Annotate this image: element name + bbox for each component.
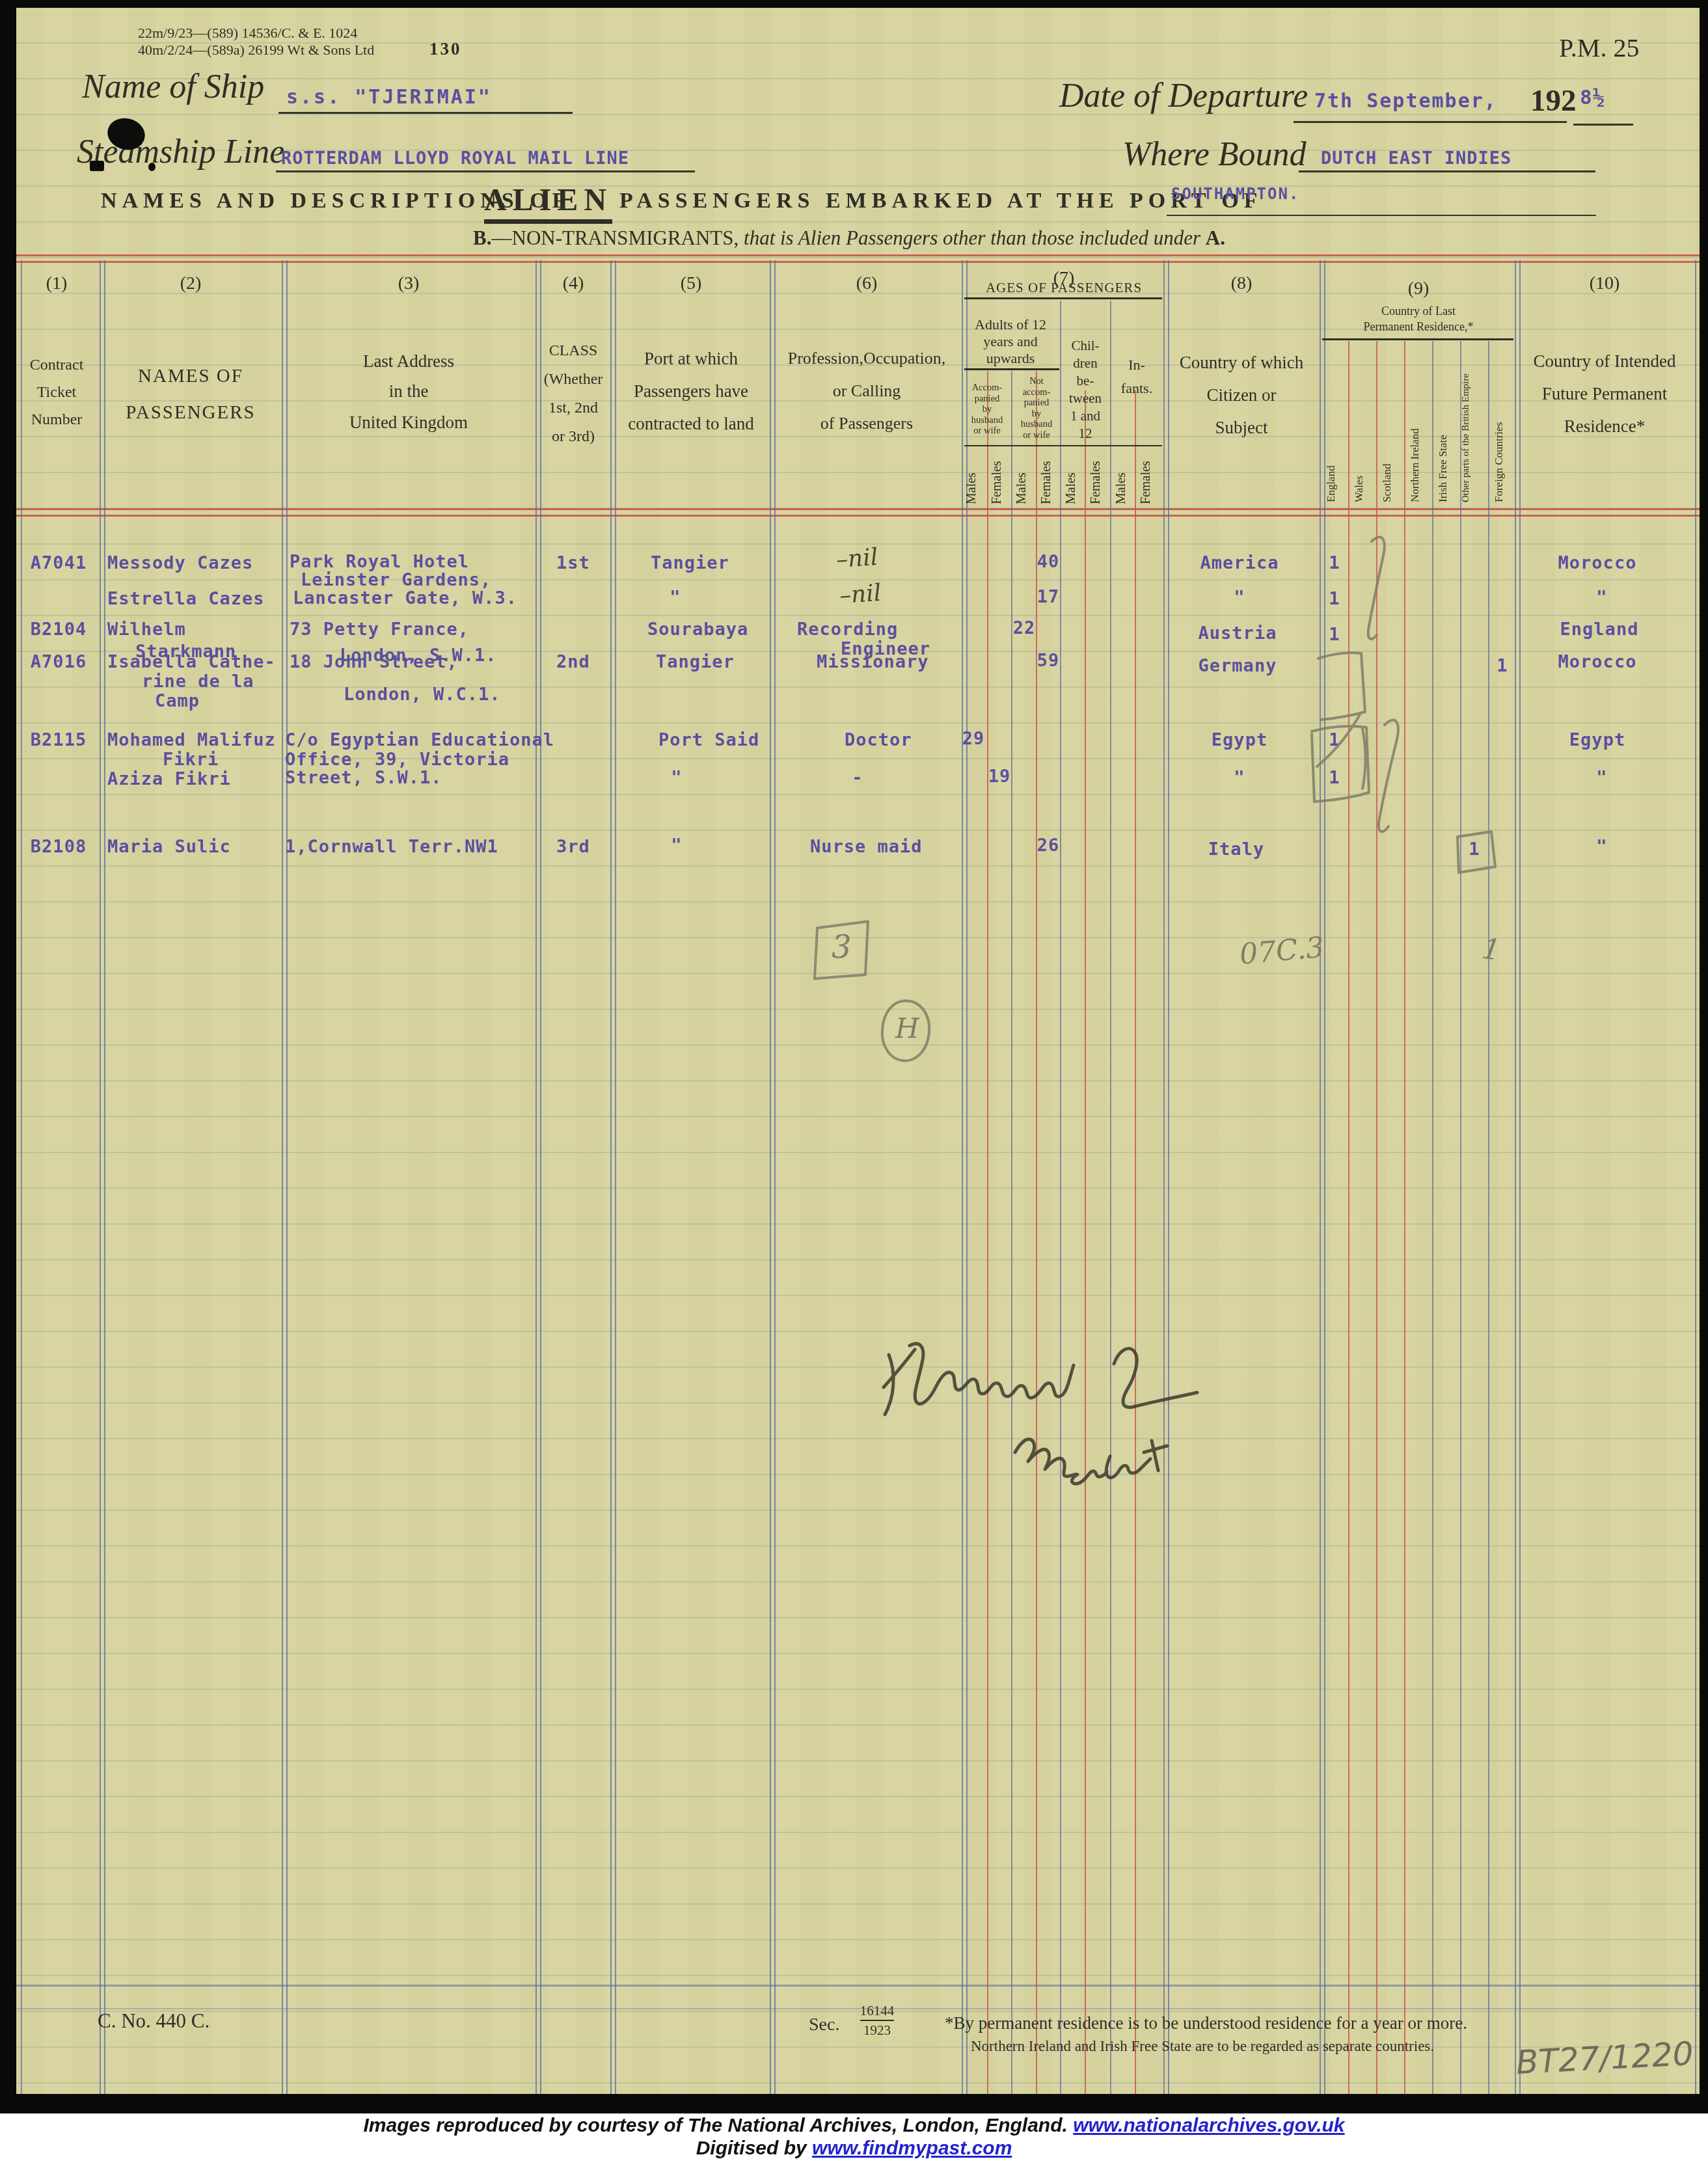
grid-line bbox=[282, 260, 288, 2094]
profession-cell: Missionary bbox=[817, 652, 929, 672]
citizen-cell: Egypt bbox=[1212, 730, 1267, 750]
col2-header: NAMES OF bbox=[138, 366, 243, 387]
grid-line bbox=[1460, 341, 1461, 2094]
subtitle: B.—NON-TRANSMIGRANTS, that is Alien Pass… bbox=[473, 226, 1225, 250]
ages-adults: Adults of 12 bbox=[975, 316, 1046, 333]
ticket-cell: B2108 bbox=[31, 837, 87, 857]
age-cell: 22 bbox=[1013, 618, 1036, 638]
port-cell: " bbox=[671, 768, 682, 788]
col9-northern-ireland: Northern Ireland bbox=[1409, 351, 1421, 502]
profession-cell: Recording bbox=[797, 619, 898, 640]
future-residence-cell: Morocco bbox=[1558, 553, 1637, 573]
address-cell: 1,Cornwall Terr.NW1 bbox=[285, 837, 498, 857]
name-cell: Messody Cazes bbox=[107, 553, 253, 573]
address-cell: Lancaster Gate, W.3. bbox=[293, 588, 517, 608]
scan-border-top bbox=[0, 0, 1708, 8]
col-number-3: (3) bbox=[398, 273, 420, 294]
col8-header: Country of which bbox=[1180, 353, 1303, 373]
sec-denominator: 1923 bbox=[863, 2022, 891, 2039]
scan-border-bottom bbox=[0, 2094, 1708, 2113]
col4-header: or 3rd) bbox=[552, 428, 595, 446]
footnote-line1: *By permanent residence is to be underst… bbox=[945, 2013, 1467, 2033]
grid-line bbox=[14, 1985, 1700, 1987]
col4-header: (Whether bbox=[544, 371, 603, 388]
age-cell: 19 bbox=[988, 767, 1011, 787]
year-printed: 192 bbox=[1530, 83, 1577, 118]
caption-digitised-text: Digitised by bbox=[696, 2138, 812, 2159]
pencil-circled-letter: H bbox=[895, 1012, 919, 1044]
subtitle-caps: —NON-TRANSMIGRANTS, bbox=[492, 226, 739, 249]
caption-credit-text: Images reproduced by courtesy of The Nat… bbox=[363, 2115, 1073, 2136]
ticket-cell: B2104 bbox=[31, 619, 87, 640]
ticket-cell: A7041 bbox=[31, 553, 87, 573]
address-cell: 18 John Street, bbox=[290, 652, 458, 672]
future-residence-cell: Morocco bbox=[1558, 652, 1637, 672]
col9-irish-free-state: Irish Free State bbox=[1437, 351, 1449, 502]
col9-england: England bbox=[1325, 351, 1337, 502]
name-cell: rine de la bbox=[142, 672, 254, 692]
grid-line bbox=[1488, 341, 1489, 2094]
col6-header: or Calling bbox=[833, 381, 901, 401]
address-cell: Park Royal Hotel bbox=[290, 552, 469, 572]
citizen-cell: " bbox=[1234, 588, 1245, 608]
rule-line bbox=[276, 170, 695, 172]
grid-line bbox=[21, 260, 22, 2094]
grid-line bbox=[100, 260, 105, 2094]
ink-mark bbox=[90, 161, 104, 171]
port-cell: " bbox=[670, 588, 681, 608]
age-cell: 17 bbox=[1037, 587, 1060, 607]
findmypast-link[interactable]: www.findmypast.com bbox=[812, 2138, 1012, 2159]
subtitle-a: A. bbox=[1206, 226, 1225, 249]
rule-line bbox=[1573, 124, 1633, 126]
caption-strip: Images reproduced by courtesy of The Nat… bbox=[0, 2113, 1708, 2159]
grid-line bbox=[1432, 341, 1433, 2094]
caption-line1: Images reproduced by courtesy of The Nat… bbox=[0, 2115, 1708, 2137]
future-residence-cell: " bbox=[1596, 768, 1607, 788]
residence-mark: 1 bbox=[1329, 768, 1340, 788]
col8-header: Citizen or bbox=[1206, 385, 1276, 405]
print-code-number: 130 bbox=[429, 39, 462, 59]
port-cell: Port Said bbox=[658, 730, 759, 750]
males-label: Males bbox=[1115, 368, 1128, 504]
ages-adults: upwards bbox=[986, 350, 1035, 367]
sec-numerator: 16144 bbox=[860, 2003, 895, 2019]
females-label: Females bbox=[1089, 368, 1103, 504]
ship-name-value: s.s. "TJERIMAI" bbox=[286, 86, 492, 109]
citizen-cell: Germany bbox=[1199, 656, 1277, 676]
grid-line bbox=[1060, 301, 1061, 2094]
citizen-cell: America bbox=[1200, 553, 1279, 573]
address-cell: 73 Petty France, bbox=[290, 619, 469, 640]
grid-line bbox=[14, 508, 1700, 517]
form-code: C. No. 440 C. bbox=[98, 2009, 210, 2033]
ages-adults: years and bbox=[983, 333, 1038, 350]
page-title-alien: ALIEN bbox=[484, 182, 612, 224]
col3-header: United Kingdom bbox=[349, 413, 468, 433]
males-label: Males bbox=[1064, 368, 1078, 504]
col-number-6: (6) bbox=[856, 273, 878, 294]
females-label: Females bbox=[1040, 368, 1053, 504]
grid-line bbox=[987, 371, 988, 2094]
residence-mark: 1 bbox=[1329, 553, 1340, 573]
where-bound-label: Where Bound bbox=[1122, 135, 1307, 174]
ink-mark bbox=[148, 163, 156, 171]
port-cell: Sourabaya bbox=[647, 619, 748, 640]
grid-line bbox=[1135, 390, 1136, 2094]
grid-line bbox=[1320, 260, 1325, 2094]
address-cell: Street, S.W.1. bbox=[285, 768, 442, 788]
col6-header: of Passengers bbox=[820, 414, 913, 433]
col9-scotland: Scotland bbox=[1381, 351, 1393, 502]
grid-line bbox=[1036, 371, 1037, 2094]
col1-header: Contract bbox=[30, 357, 84, 374]
col4-header: CLASS bbox=[549, 342, 598, 360]
departure-date-label: Date of Departure bbox=[1059, 77, 1308, 115]
grid-line bbox=[1348, 341, 1349, 2094]
year-typed: 8½ bbox=[1580, 86, 1605, 109]
grid-line bbox=[1322, 338, 1513, 340]
col-number-1: (1) bbox=[46, 273, 68, 294]
ticket-cell: A7016 bbox=[31, 652, 87, 672]
port-cell: Tangier bbox=[656, 652, 735, 672]
pencil-boxed-number: 3 bbox=[832, 929, 852, 966]
profession-cell: - bbox=[852, 768, 863, 788]
profession-cell-handwritten: –nil bbox=[835, 544, 879, 573]
future-residence-cell: Egypt bbox=[1569, 730, 1625, 750]
name-cell: Isabella Cathe- bbox=[107, 652, 276, 672]
residence-mark: 1 bbox=[1329, 589, 1340, 609]
ship-name-label: Name of Ship bbox=[82, 68, 264, 106]
col9-other-empire: Other parts of the British Empire bbox=[1461, 351, 1489, 502]
citizen-cell: " bbox=[1234, 768, 1245, 788]
males-label: Males bbox=[965, 368, 979, 504]
port-cell: " bbox=[671, 835, 682, 856]
col5-header: contracted to land bbox=[628, 414, 753, 434]
name-cell: Wilhelm bbox=[107, 619, 186, 640]
future-residence-cell: England bbox=[1560, 619, 1639, 640]
col5-header: Port at which bbox=[644, 349, 738, 369]
age-cell: 29 bbox=[962, 729, 985, 749]
grid-line bbox=[610, 260, 616, 2094]
age-cell: 40 bbox=[1037, 552, 1060, 572]
subtitle-italic: that is Alien Passengers other than thos… bbox=[739, 226, 1206, 249]
class-cell: 3rd bbox=[556, 837, 590, 857]
residence-mark: 1 bbox=[1329, 625, 1340, 645]
ages-title: AGES OF PASSENGERS bbox=[986, 280, 1142, 296]
port-cell: Tangier bbox=[651, 553, 729, 573]
col8-header: Subject bbox=[1215, 418, 1268, 438]
col1-header: Number bbox=[31, 411, 83, 429]
grid-line bbox=[770, 260, 776, 2094]
print-code-line2: 40m/2/24—(589a) 26199 Wt & Sons Ltd bbox=[138, 42, 374, 59]
sec-label: Sec. bbox=[809, 2015, 839, 2035]
rule-line bbox=[1299, 170, 1595, 172]
col4-header: 1st, 2nd bbox=[549, 400, 598, 417]
col-number-8: (8) bbox=[1231, 273, 1253, 294]
females-label: Females bbox=[1139, 368, 1153, 504]
col10-header: Country of Intended bbox=[1534, 351, 1676, 372]
profession-cell: Nurse maid bbox=[810, 837, 923, 857]
grid-line bbox=[1404, 341, 1405, 2094]
ticket-cell: B2115 bbox=[31, 730, 87, 750]
scan-border-right bbox=[1700, 0, 1708, 2113]
rule-line bbox=[1167, 215, 1596, 216]
name-cell: Aziza Fikri bbox=[107, 769, 231, 789]
females-label: Females bbox=[990, 368, 1004, 504]
address-cell: Office, 39, Victoria bbox=[285, 750, 509, 770]
grid-line bbox=[1163, 260, 1169, 2094]
scan-border-left bbox=[0, 0, 16, 2113]
citizen-cell: Italy bbox=[1208, 839, 1264, 860]
where-bound-value: DUTCH EAST INDIES bbox=[1321, 148, 1511, 169]
col5-header: Passengers have bbox=[634, 381, 748, 401]
port-value: SOUTHAMPTON. bbox=[1171, 185, 1299, 203]
name-cell: Camp bbox=[155, 691, 200, 711]
col-number-9: (9) bbox=[1408, 278, 1430, 299]
departure-date-value: 7th September, bbox=[1314, 90, 1497, 113]
col-number-5: (5) bbox=[681, 273, 702, 294]
address-cell: London, W.C.1. bbox=[344, 685, 501, 705]
steamship-line-value: ROTTERDAM LLOYD ROYAL MAIL LINE bbox=[281, 148, 629, 169]
class-cell: 1st bbox=[556, 553, 590, 573]
grid-line bbox=[1376, 341, 1377, 2094]
name-cell: Fikri bbox=[163, 750, 219, 770]
col3-header: Last Address bbox=[363, 351, 454, 372]
fraction-bar bbox=[860, 2020, 894, 2021]
steamship-line-label: Steamship Line bbox=[77, 133, 284, 171]
form-number: P.M. 25 bbox=[1559, 33, 1639, 63]
grid-line bbox=[14, 254, 1700, 263]
national-archives-link[interactable]: www.nationalarchives.gov.uk bbox=[1073, 2115, 1344, 2136]
grid-line bbox=[1085, 390, 1086, 2094]
grid-line bbox=[1110, 301, 1111, 2094]
name-cell: Estrella Cazes bbox=[107, 589, 265, 609]
class-cell: 2nd bbox=[556, 652, 590, 672]
rule-line bbox=[1294, 121, 1567, 123]
residence-mark: 1 bbox=[1469, 839, 1480, 860]
future-residence-cell: " bbox=[1596, 588, 1607, 608]
col6-header: Profession,Occupation, bbox=[788, 349, 946, 368]
col9-wales: Wales bbox=[1353, 351, 1365, 502]
grid-line bbox=[962, 260, 968, 2094]
citizen-cell: Austria bbox=[1199, 623, 1277, 644]
footnote-line2: Northern Ireland and Irish Free State ar… bbox=[971, 2038, 1434, 2055]
col9-title: Country of Last bbox=[1381, 305, 1456, 318]
rule-line bbox=[278, 112, 573, 114]
col10-header: Residence* bbox=[1564, 416, 1645, 437]
residence-mark: 1 bbox=[1329, 730, 1340, 750]
age-cell: 59 bbox=[1037, 651, 1060, 671]
profession-cell: Doctor bbox=[845, 730, 912, 750]
name-cell: Maria Sulic bbox=[107, 837, 231, 857]
col-number-2: (2) bbox=[180, 273, 202, 294]
address-cell: Leinster Gardens, bbox=[301, 570, 491, 590]
grid-line bbox=[964, 297, 1162, 299]
grid-line bbox=[1515, 260, 1521, 2094]
future-residence-cell: " bbox=[1596, 837, 1607, 857]
print-code-line1: 22m/9/23—(589) 14536/C. & E. 1024 bbox=[138, 25, 357, 42]
grid-line bbox=[14, 2008, 1700, 2009]
residence-mark: 1 bbox=[1497, 656, 1508, 676]
col-number-10: (10) bbox=[1590, 273, 1620, 294]
age-cell: 26 bbox=[1037, 835, 1060, 856]
col3-header: in the bbox=[389, 381, 429, 401]
col2-header: PASSENGERS bbox=[126, 402, 255, 424]
name-cell: Mohamed Malifuz bbox=[107, 730, 276, 750]
address-cell: C/o Egyptian Educational bbox=[285, 730, 554, 750]
scanned-manifest-page: 22m/9/23—(589) 14536/C. & E. 1024 40m/2/… bbox=[0, 0, 1708, 2159]
profession-cell-handwritten: –nil bbox=[839, 580, 882, 609]
col10-header: Future Permanent bbox=[1542, 384, 1668, 404]
grid-line bbox=[1011, 371, 1012, 2094]
col1-header: Ticket bbox=[37, 384, 76, 401]
subtitle-b: B. bbox=[473, 226, 491, 249]
col9-title: Permanent Residence,* bbox=[1364, 320, 1474, 334]
grid-line bbox=[535, 260, 541, 2094]
col-number-4: (4) bbox=[563, 273, 584, 294]
col9-foreign: Foreign Countries bbox=[1493, 351, 1505, 502]
page-title-part2: PASSENGERS EMBARKED AT THE PORT OF bbox=[619, 189, 1262, 213]
males-label: Males bbox=[1015, 368, 1029, 504]
caption-line2: Digitised by www.findmypast.com bbox=[0, 2138, 1708, 2159]
